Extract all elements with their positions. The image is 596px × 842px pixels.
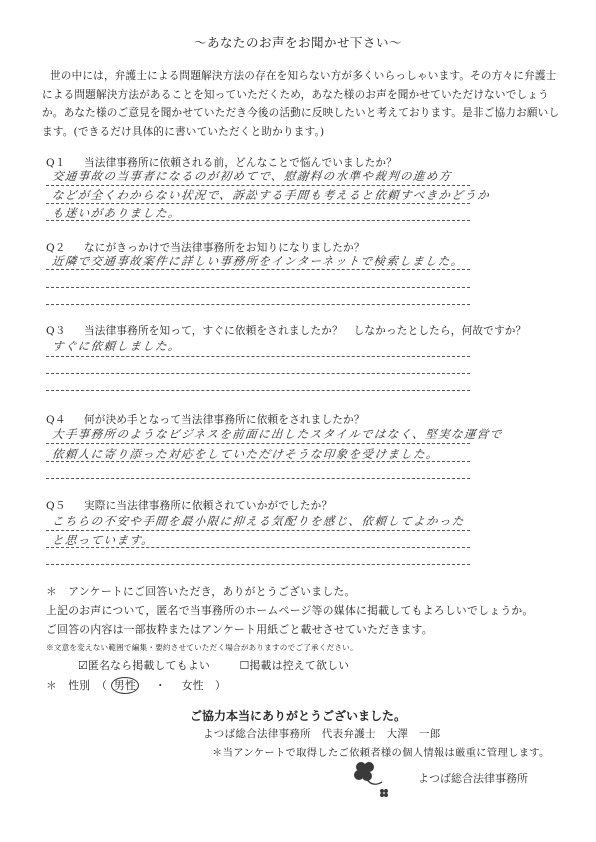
answer-rule (46, 547, 470, 548)
answer-rule (46, 443, 470, 444)
decline-option-label: 掲載は控えて欲しい (250, 659, 350, 672)
question-text: 何が決め手となって当法律事務所に依頼をされましたか？ (84, 414, 365, 426)
question-number: Q４ (46, 412, 84, 427)
signature: よつば総合法律事務所 代表弁護士 大澤 一郎 (203, 726, 441, 741)
answer-line: も迷いがありました。 (51, 205, 182, 221)
anonymous-option-label: 匿名なら掲載してもよい (88, 659, 210, 672)
question-text: 実際に当法律事務所に依頼されていかがでしたか？ (84, 500, 332, 512)
question-text: 当法律事務所を知って，すぐに依頼をされましたか？ しなかったとしたら，何故ですか… (84, 325, 526, 337)
page-title: 〜あなたのお声をお聞かせ下さい〜 (0, 33, 596, 51)
question-3: Q３当法律事務所を知って，すぐに依頼をされましたか？ しなかったとしたら，何故で… (46, 323, 526, 338)
answer-line: こちらの不安や手間を最小限に抑える気配りを感じ、依頼してよかった (51, 513, 465, 529)
publish-question: 上記のお声について，匿名で当事務所のホームページ等の媒体に掲載してもよろしいでし… (46, 603, 534, 618)
clover-icon (352, 760, 392, 800)
answer-line: 大手事務所のようなビジネスを前面に出したスタイルではなく、堅実な運営で (51, 426, 503, 442)
answer-rule (46, 220, 470, 221)
question-5: Q５実際に当法律事務所に依頼されていかがでしたか？ (46, 498, 332, 513)
gender-separator: ・ (155, 679, 166, 692)
gender-field: ＊ 性別 （ 男性 ・ 女性 ） (46, 677, 226, 694)
answer-rule (46, 390, 470, 391)
answer-rule (46, 530, 470, 531)
edit-note: ※文意を変えない範囲で編集・要約させていただく場合がありますのでご了承ください。 (46, 642, 358, 653)
answer-rule (46, 356, 470, 357)
answer-rule (46, 461, 470, 462)
gender-female-option[interactable]: 女性 ） (182, 679, 226, 692)
anonymous-checkbox[interactable]: ☑ (78, 659, 88, 672)
publish-note: ご回答の内容は一部抜粋またはアンケート用紙ごと載せさせていただきます。 (46, 622, 433, 637)
question-number: Q５ (46, 498, 84, 513)
answer-line: 近隣で交通事故案件に詳しい事務所をインターネットで検索しました。 (51, 253, 464, 269)
answer-rule (46, 478, 470, 479)
answer-line: 依頼人に寄り添った対応をしていただけそうな印象を受けました。 (51, 446, 440, 462)
answer-rule (46, 373, 470, 374)
publish-options: ☑匿名なら掲載してもよい ☐掲載は控えて欲しい (78, 658, 349, 673)
answer-line: すぐに依頼しました。 (51, 338, 182, 354)
answer-rule (46, 287, 470, 288)
answer-rule (46, 564, 470, 565)
decline-checkbox[interactable]: ☐ (240, 659, 250, 672)
privacy-note: ＊当アンケートで取得したご依頼者様の個人情報は厳重に管理します。 (212, 744, 550, 759)
question-4: Q４何が決め手となって当法律事務所に依頼をされましたか？ (46, 412, 365, 427)
intro-paragraph: 世の中には，弁護士による問題解決方法の存在を知らない方が多くいらっしゃいます。そ… (42, 67, 567, 141)
answer-line: などが全くわからない状況で、訴訟する手間も考えると依頼すべきかどうか (51, 187, 491, 203)
answer-rule (46, 304, 470, 305)
closing-message: ご協力本当にありがとうございました。 (190, 707, 406, 724)
logo-name: よつば総合法律事務所 (418, 770, 528, 786)
answer-rule (46, 269, 470, 270)
answer-rule (46, 185, 470, 186)
answer-line: 交通事故の当事者になるのが初めてで、慰謝料の水準や裁判の進め方 (51, 168, 452, 184)
answer-line: と思っています。 (51, 532, 155, 548)
thanks-line: ＊ アンケートにご回答いただき，ありがとうございました。 (46, 584, 356, 599)
gender-male-option[interactable]: 男性 (111, 677, 139, 694)
gender-label: ＊ 性別 （ (46, 679, 107, 692)
question-number: Q３ (46, 323, 84, 338)
answer-rule (46, 203, 470, 204)
